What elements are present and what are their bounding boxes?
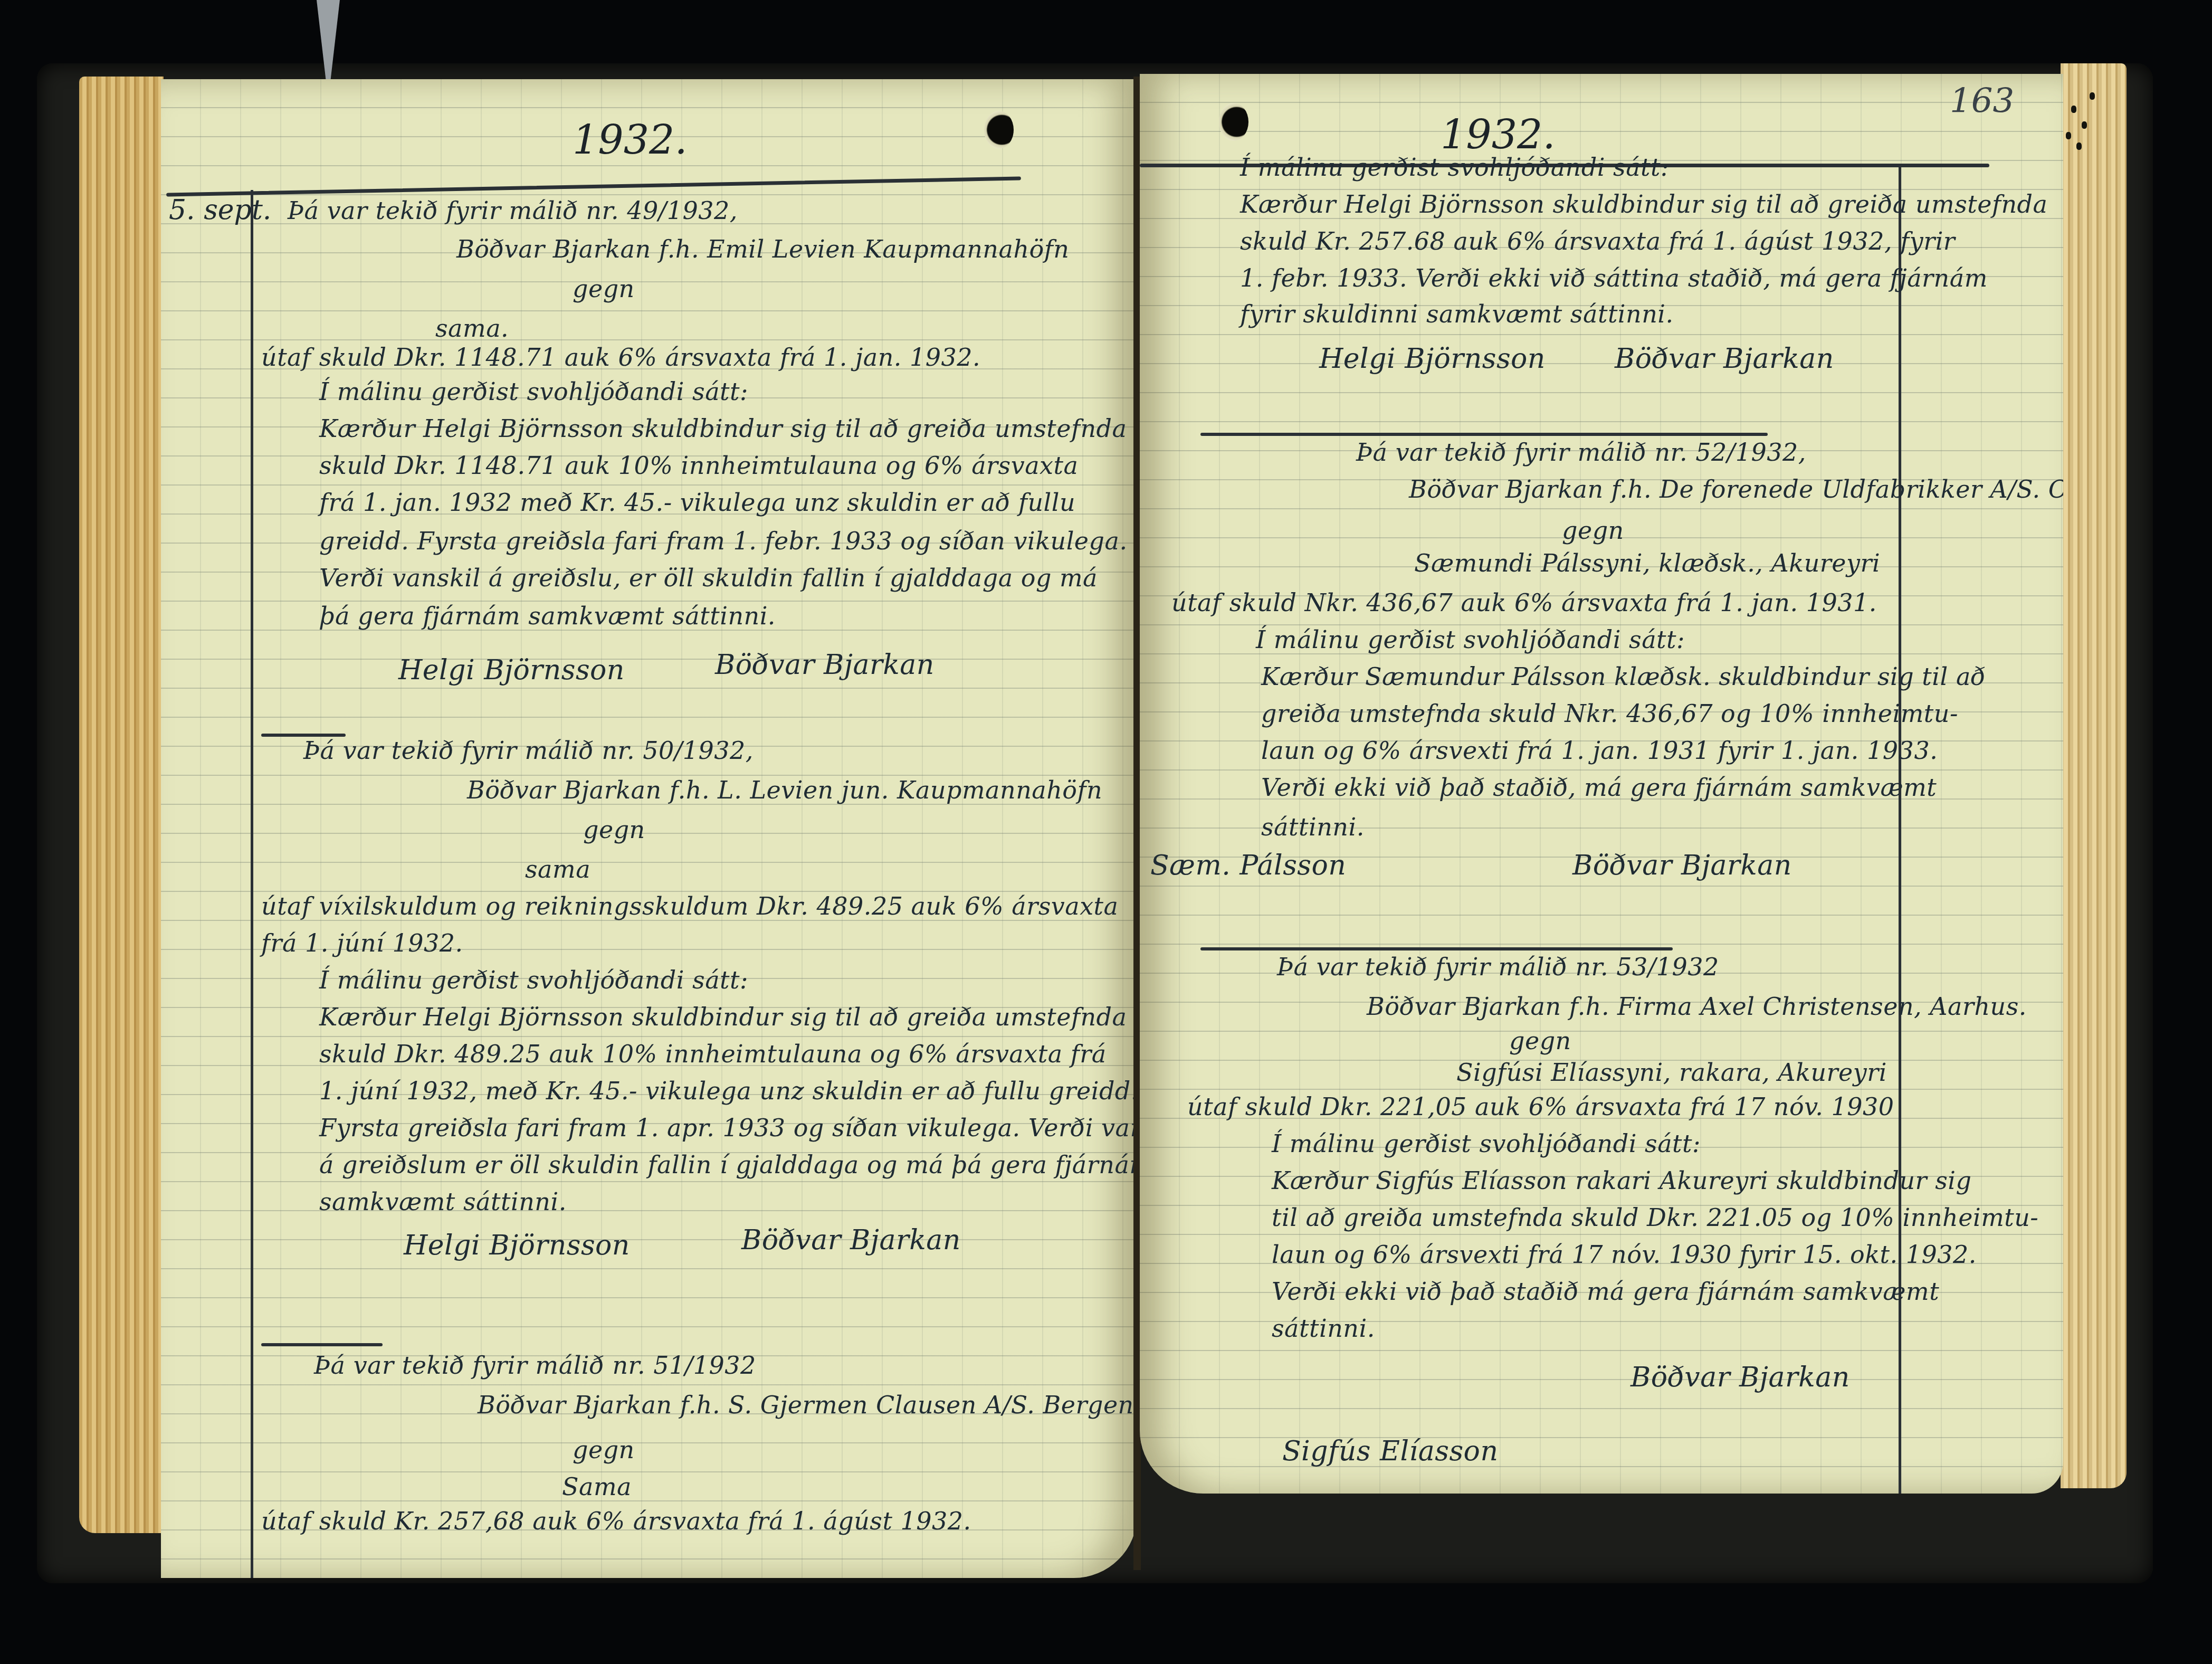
entry-line: Böðvar Bjarkan f.h. Firma Axel Christens…: [1367, 992, 2027, 1021]
entry-line: gegn: [583, 815, 645, 844]
entry-line: Kærður Helgi Björnsson skuldbindur sig t…: [319, 414, 1127, 443]
entry-line: útaf skuld Dkr. 1148.71 auk 6% ársvaxta …: [261, 343, 980, 372]
entry-line: Kærður Sigfús Elíasson rakari Akureyri s…: [1272, 1166, 1971, 1195]
entry-line: á greiðslum er öll skuldin fallin í gjal…: [319, 1150, 1137, 1179]
punch-hole: [984, 111, 1014, 149]
entry-line: Verði ekki við það staðið má gera fjárná…: [1272, 1277, 1939, 1306]
signature: Böðvar Bjarkan: [1615, 343, 1834, 375]
entry-line: Böðvar Bjarkan f.h. De forenede Uldfabri…: [1409, 475, 2063, 503]
entry-line: sáttinni.: [1272, 1314, 1375, 1343]
entry-line: útaf skuld Kr. 257,68 auk 6% ársvaxta fr…: [261, 1507, 971, 1535]
punch-hole: [1219, 103, 1248, 141]
entry-line: frá 1. jan. 1932 með Kr. 45.- vikulega u…: [319, 488, 1075, 517]
entry-line: Kærður Helgi Björnsson skuldbindur sig t…: [1240, 190, 2047, 218]
entry-line: útaf skuld Nkr. 436,67 auk 6% ársvaxta f…: [1171, 588, 1877, 617]
entry-line: skuld Dkr. 1148.71 auk 10% innheimtulaun…: [319, 451, 1078, 480]
entry-line: til að greiða umstefnda skuld Dkr. 221.0…: [1272, 1203, 2038, 1232]
entry-line: Þá var tekið fyrir málið nr. 49/1932,: [288, 196, 738, 225]
entry-line: 1. febr. 1933. Verði ekki við sáttina st…: [1240, 264, 1988, 292]
signature: Helgi Björnsson: [1319, 343, 1546, 375]
damage-spot: [2090, 92, 2095, 100]
entry-line: Fyrsta greiðsla fari fram 1. apr. 1933 o…: [319, 1114, 1137, 1142]
entry-line: Verði ekki við það staðið, má gera fjárn…: [1261, 773, 1937, 802]
entry-line: skuld Dkr. 489.25 auk 10% innheimtulauna…: [319, 1040, 1107, 1068]
damage-spot: [2071, 106, 2076, 113]
entry-line: samkvæmt sáttinni.: [319, 1187, 567, 1216]
entry-line: Í málinu gerðist svohljóðandi sátt:: [1256, 625, 1685, 654]
right-page-edges: [2061, 63, 2127, 1488]
left-page: 1932. 5. sept. Þá var tekið fyrir málið …: [161, 79, 1137, 1578]
entry-line: gegn: [1562, 516, 1624, 545]
entry-line: Böðvar Bjarkan f.h. L. Levien jun. Kaupm…: [467, 776, 1102, 804]
entry-line: Böðvar Bjarkan f.h. Emil Levien Kaupmann…: [456, 235, 1069, 263]
page-number: 163: [1950, 82, 2014, 121]
damage-spot: [2076, 142, 2082, 150]
date-column-divider: [251, 190, 253, 1578]
entry-line: Þá var tekið fyrir málið nr. 52/1932,: [1356, 438, 1806, 467]
signature: Böðvar Bjarkan: [1572, 850, 1792, 881]
signature: Sæm. Pálsson: [1150, 850, 1346, 881]
left-page-edges: [79, 77, 164, 1533]
entry-line: Þá var tekið fyrir málið nr. 53/1932: [1277, 953, 1719, 981]
entry-line: Böðvar Bjarkan f.h. S. Gjermen Clausen A…: [478, 1391, 1134, 1419]
entry-line: Í málinu gerðist svohljóðandi sátt:: [1240, 153, 1669, 182]
entry-line: Sigfúsi Elíassyni, rakara, Akureyri: [1456, 1058, 1887, 1087]
entry-line: Sama: [562, 1472, 632, 1501]
entry-line: greiða umstefnda skuld Nkr. 436,67 og 10…: [1261, 699, 1958, 728]
entry-line: gegn: [573, 274, 635, 303]
entry-line: Þá var tekið fyrir málið nr. 51/1932: [314, 1351, 756, 1380]
entry-line: Kærður Helgi Björnsson skuldbindur sig t…: [319, 1003, 1127, 1031]
entry-separator: [261, 1343, 383, 1346]
entry-line: Í málinu gerðist svohljóðandi sátt:: [319, 966, 748, 994]
entry-line: útaf skuld Dkr. 221,05 auk 6% ársvaxta f…: [1187, 1092, 1894, 1121]
entry-line: laun og 6% ársvexti frá 17 nóv. 1930 fyr…: [1272, 1240, 1977, 1269]
signature: Böðvar Bjarkan: [741, 1224, 961, 1256]
signature: Böðvar Bjarkan: [715, 649, 935, 681]
signature: Sigfús Elíasson: [1282, 1435, 1498, 1467]
entry-line: sáttinni.: [1261, 813, 1365, 841]
entry-line: Í málinu gerðist svohljóðandi sátt:: [319, 377, 748, 406]
entry-line: sama.: [435, 314, 509, 343]
entry-line: Í málinu gerðist svohljóðandi sátt:: [1272, 1129, 1701, 1158]
entry-line: gegn: [573, 1435, 635, 1464]
entry-separator: [1200, 433, 1768, 436]
entry-line: frá 1. júní 1932.: [261, 929, 463, 957]
entry-line: Verði vanskil á greiðslu, er öll skuldin…: [319, 564, 1098, 592]
damage-spot: [2066, 132, 2071, 139]
entry-separator: [1200, 947, 1673, 950]
signature: Böðvar Bjarkan: [1631, 1362, 1850, 1393]
entry-line: skuld Kr. 257.68 auk 6% ársvaxta frá 1. …: [1240, 227, 1955, 255]
year-heading: 1932.: [1441, 111, 1556, 158]
right-page: 163 1932. Í málinu gerðist svohljóðandi …: [1140, 74, 2063, 1494]
entry-line: sama: [525, 855, 590, 883]
signature: Helgi Björnsson: [398, 654, 625, 686]
damage-spot: [2082, 121, 2087, 129]
entry-date: 5. sept.: [169, 194, 271, 226]
entry-line: Þá var tekið fyrir málið nr. 50/1932,: [303, 736, 754, 765]
year-heading: 1932.: [573, 116, 688, 163]
entry-line: gegn: [1509, 1026, 1571, 1055]
entry-line: 1. júní 1932, með Kr. 45.- vikulega unz …: [319, 1077, 1137, 1105]
entry-line: fyrir skuldinni samkvæmt sáttinni.: [1240, 300, 1674, 328]
signature: Helgi Björnsson: [404, 1230, 630, 1261]
heading-rule: [166, 176, 1021, 196]
entry-line: laun og 6% ársvexti frá 1. jan. 1931 fyr…: [1261, 736, 1938, 765]
entry-line: greidd. Fyrsta greiðsla fari fram 1. feb…: [319, 527, 1128, 555]
entry-line: Kærður Sæmundur Pálsson klæðsk. skuldbin…: [1261, 662, 1986, 691]
entry-line: útaf víxilskuldum og reikningsskuldum Dk…: [261, 892, 1119, 920]
entry-line: þá gera fjárnám samkvæmt sáttinni.: [319, 602, 776, 630]
entry-line: Sæmundi Pálssyni, klæðsk., Akureyri: [1414, 549, 1880, 577]
